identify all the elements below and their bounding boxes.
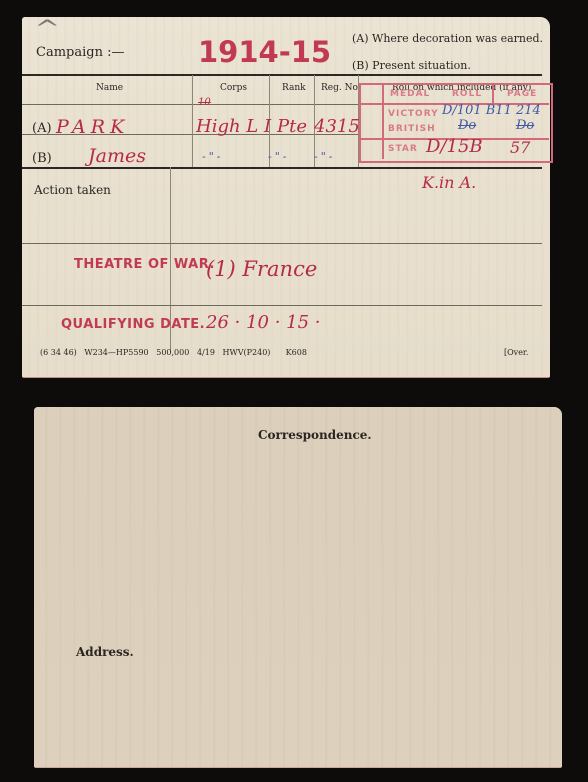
row-b-prefix: (B) bbox=[32, 151, 52, 166]
action-bottom-rule bbox=[22, 243, 542, 244]
star-page: 57 bbox=[510, 138, 530, 157]
address-label: Address. bbox=[76, 645, 134, 659]
stamp-header-page: PAGE bbox=[507, 89, 537, 99]
campaign-label: Campaign :— bbox=[36, 45, 124, 60]
col-header-name: Name bbox=[96, 83, 123, 93]
legend-present-situation: (B) Present situation. bbox=[352, 59, 471, 72]
col-divider-corps bbox=[192, 75, 193, 167]
names-bottom-rule bbox=[22, 167, 542, 169]
stamp-divider-page bbox=[492, 85, 494, 105]
row-a-rank: Pte bbox=[277, 116, 307, 137]
header-bottom-rule bbox=[22, 104, 358, 105]
row-a-reg-no: 4315 bbox=[314, 116, 360, 137]
theatre-of-war-value: (1) France bbox=[206, 257, 317, 281]
theatre-bottom-rule bbox=[22, 305, 542, 306]
stamp-header-medal: MEDAL bbox=[390, 89, 430, 99]
stamp-medal-victory: VICTORY bbox=[388, 109, 439, 119]
check-mark: ^ bbox=[34, 17, 60, 42]
row-b-reg-ditto: -"- bbox=[314, 150, 336, 163]
victory-roll: D/101 B11 bbox=[442, 103, 512, 118]
row-b-corps-ditto: -"- bbox=[202, 150, 224, 163]
medal-card-front: ^ Campaign :— 1914-15 (A) Where decorati… bbox=[22, 17, 550, 378]
col-header-corps: Corps bbox=[220, 83, 247, 93]
col-header-rank: Rank bbox=[282, 83, 306, 93]
row-a-prefix: (A) bbox=[32, 121, 52, 136]
action-note-killed: K.in A. bbox=[422, 173, 476, 192]
col-header-reg-no: Reg. No. bbox=[321, 83, 361, 93]
legend-where-earned: (A) Where decoration was earned. bbox=[352, 32, 543, 45]
stamp-header-roll: ROLL bbox=[452, 89, 482, 99]
row-a-surname: PARK bbox=[56, 116, 129, 138]
theatre-of-war-label: THEATRE OF WAR. bbox=[74, 257, 215, 272]
action-taken-label: Action taken bbox=[34, 183, 111, 197]
stamp-medal-star: STAR bbox=[388, 144, 418, 154]
header-rule bbox=[22, 74, 542, 76]
row-b-rank-ditto: -"- bbox=[268, 150, 290, 163]
british-page: Do bbox=[516, 118, 534, 133]
medal-card-back: Correspondence. Address. bbox=[34, 407, 562, 768]
qualifying-date-label: QUALIFYING DATE. bbox=[61, 317, 205, 332]
campaign-value: 1914-15 bbox=[198, 35, 331, 69]
victory-page: 214 bbox=[516, 103, 541, 118]
row-a-corps: High L I bbox=[196, 116, 271, 137]
form-print-code: (6 34 46) W234—HP5590 500,000 4/19 HWV(P… bbox=[40, 348, 307, 357]
over-indicator: [Over. bbox=[504, 348, 528, 357]
stamp-divider-medal bbox=[382, 85, 384, 159]
qualifying-date-value: 26 · 10 · 15 · bbox=[206, 312, 321, 333]
correspondence-label: Correspondence. bbox=[258, 428, 372, 442]
star-roll: D/15B bbox=[426, 136, 483, 157]
british-roll: Do bbox=[458, 118, 476, 133]
row-b-forename: James bbox=[88, 145, 146, 167]
stamp-medal-british: BRITISH bbox=[388, 124, 436, 134]
row-a-corps-note: 10 bbox=[198, 97, 211, 108]
